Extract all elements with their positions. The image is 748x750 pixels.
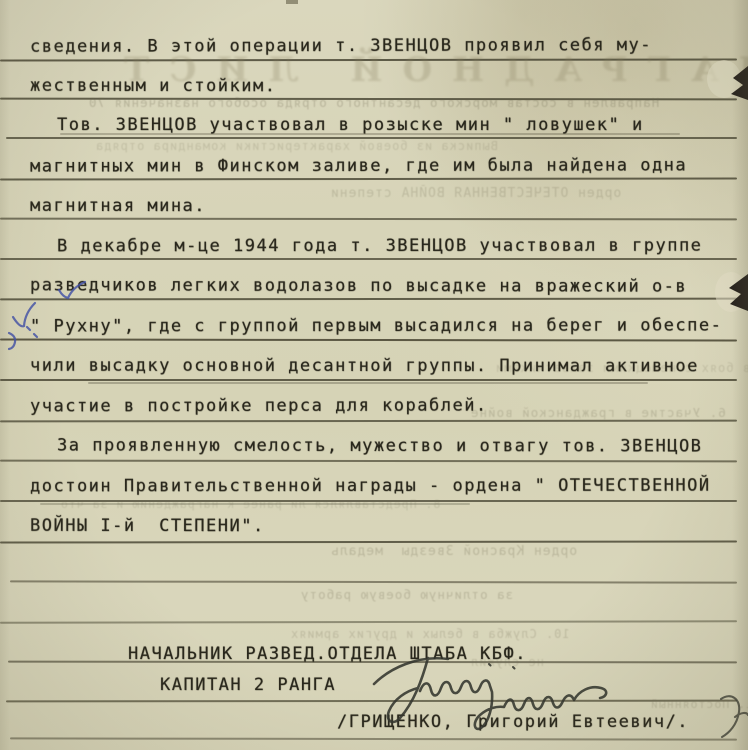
typed-line: магнитных мин в Финском заливе, где им б…: [30, 155, 687, 176]
typed-line: чили высадку основной десантной группы. …: [30, 356, 699, 377]
bleedthrough-fragment: за отличную боевую работу: [300, 587, 513, 602]
ruled-line: [0, 258, 737, 260]
typed-line: За проявленную смелость, мужество и отва…: [57, 436, 702, 457]
bleedthrough-fragment: 11. Постоянный: [650, 697, 748, 711]
ruled-line: [0, 177, 737, 180]
ruled-line: [10, 737, 737, 740]
ruled-line: [10, 580, 737, 583]
ruled-line: [0, 298, 737, 300]
ruled-line: [0, 460, 737, 462]
bleedthrough-fragment: 10. Служба в белых и других армиях: [290, 627, 570, 641]
typed-line: магнитная мина.: [30, 196, 206, 216]
ruled-line: [0, 218, 737, 220]
typed-line: разведчиков легких водолазов по высадке …: [30, 275, 687, 296]
signoff-position-line: НАЧАЛЬНИК РАЗВЕД.ОТДЕЛА ШТАБА КБФ.: [128, 644, 527, 664]
right-edge-shading: [732, 0, 748, 750]
bleedthrough-fragment: орден Красной Звезды медаль: [330, 544, 577, 559]
left-edge-shading: [0, 0, 10, 750]
typed-line: ВОЙНЫ I-й СТЕПЕНИ".: [30, 516, 265, 536]
typed-line: достоин Правительственной награды - орде…: [30, 476, 711, 497]
bleedthrough-fragment: орден ОТЕЧЕСТВЕННАЯ ВОЙНА степени: [330, 186, 621, 201]
bleedthrough-fragment: Направлен в состав морского десантного о…: [88, 95, 659, 110]
bleedthrough-fragment: Выписка из боевой характеристики команди…: [95, 139, 498, 153]
bleedthrough-fragment: 8. Представлялся ли ранее к награждению …: [60, 497, 440, 511]
ruled-line: [0, 540, 737, 543]
typed-line: Тов. ЗВЕНЦОВ участвовал в розыске мин " …: [57, 115, 644, 135]
ruled-line: [0, 338, 737, 341]
ruled-line: [0, 379, 737, 381]
paper-tear-halo: [715, 272, 747, 312]
ruled-line: [6, 700, 737, 702]
signoff-name-line: /ГРИЩЕНКО, Григорий Евтеевич/.: [337, 712, 689, 732]
typed-line: " Рухну", где с группой первым высадился…: [30, 316, 722, 337]
typed-line: жественным и стойким.: [30, 76, 276, 96]
typed-line: В декабре м-це 1944 года т. ЗВЕНЦОВ учас…: [57, 236, 702, 257]
ruled-line-faint: [88, 382, 648, 384]
signoff-rank-line: КАПИТАН 2 РАНГА: [160, 675, 336, 695]
bleedthrough-fragment: 6. Участие в гражданской войне: [470, 405, 726, 420]
typed-line: сведения. В этой операции т. ЗВЕНЦОВ про…: [30, 35, 652, 57]
edge-speck: [286, 0, 298, 4]
typed-line: участие в постройке перса для кораблей.: [30, 396, 488, 417]
ruled-line: [0, 620, 737, 623]
scanned-award-document: Направлен в состав морского десантного о…: [0, 0, 748, 750]
torn-edge-mark: [729, 274, 748, 311]
